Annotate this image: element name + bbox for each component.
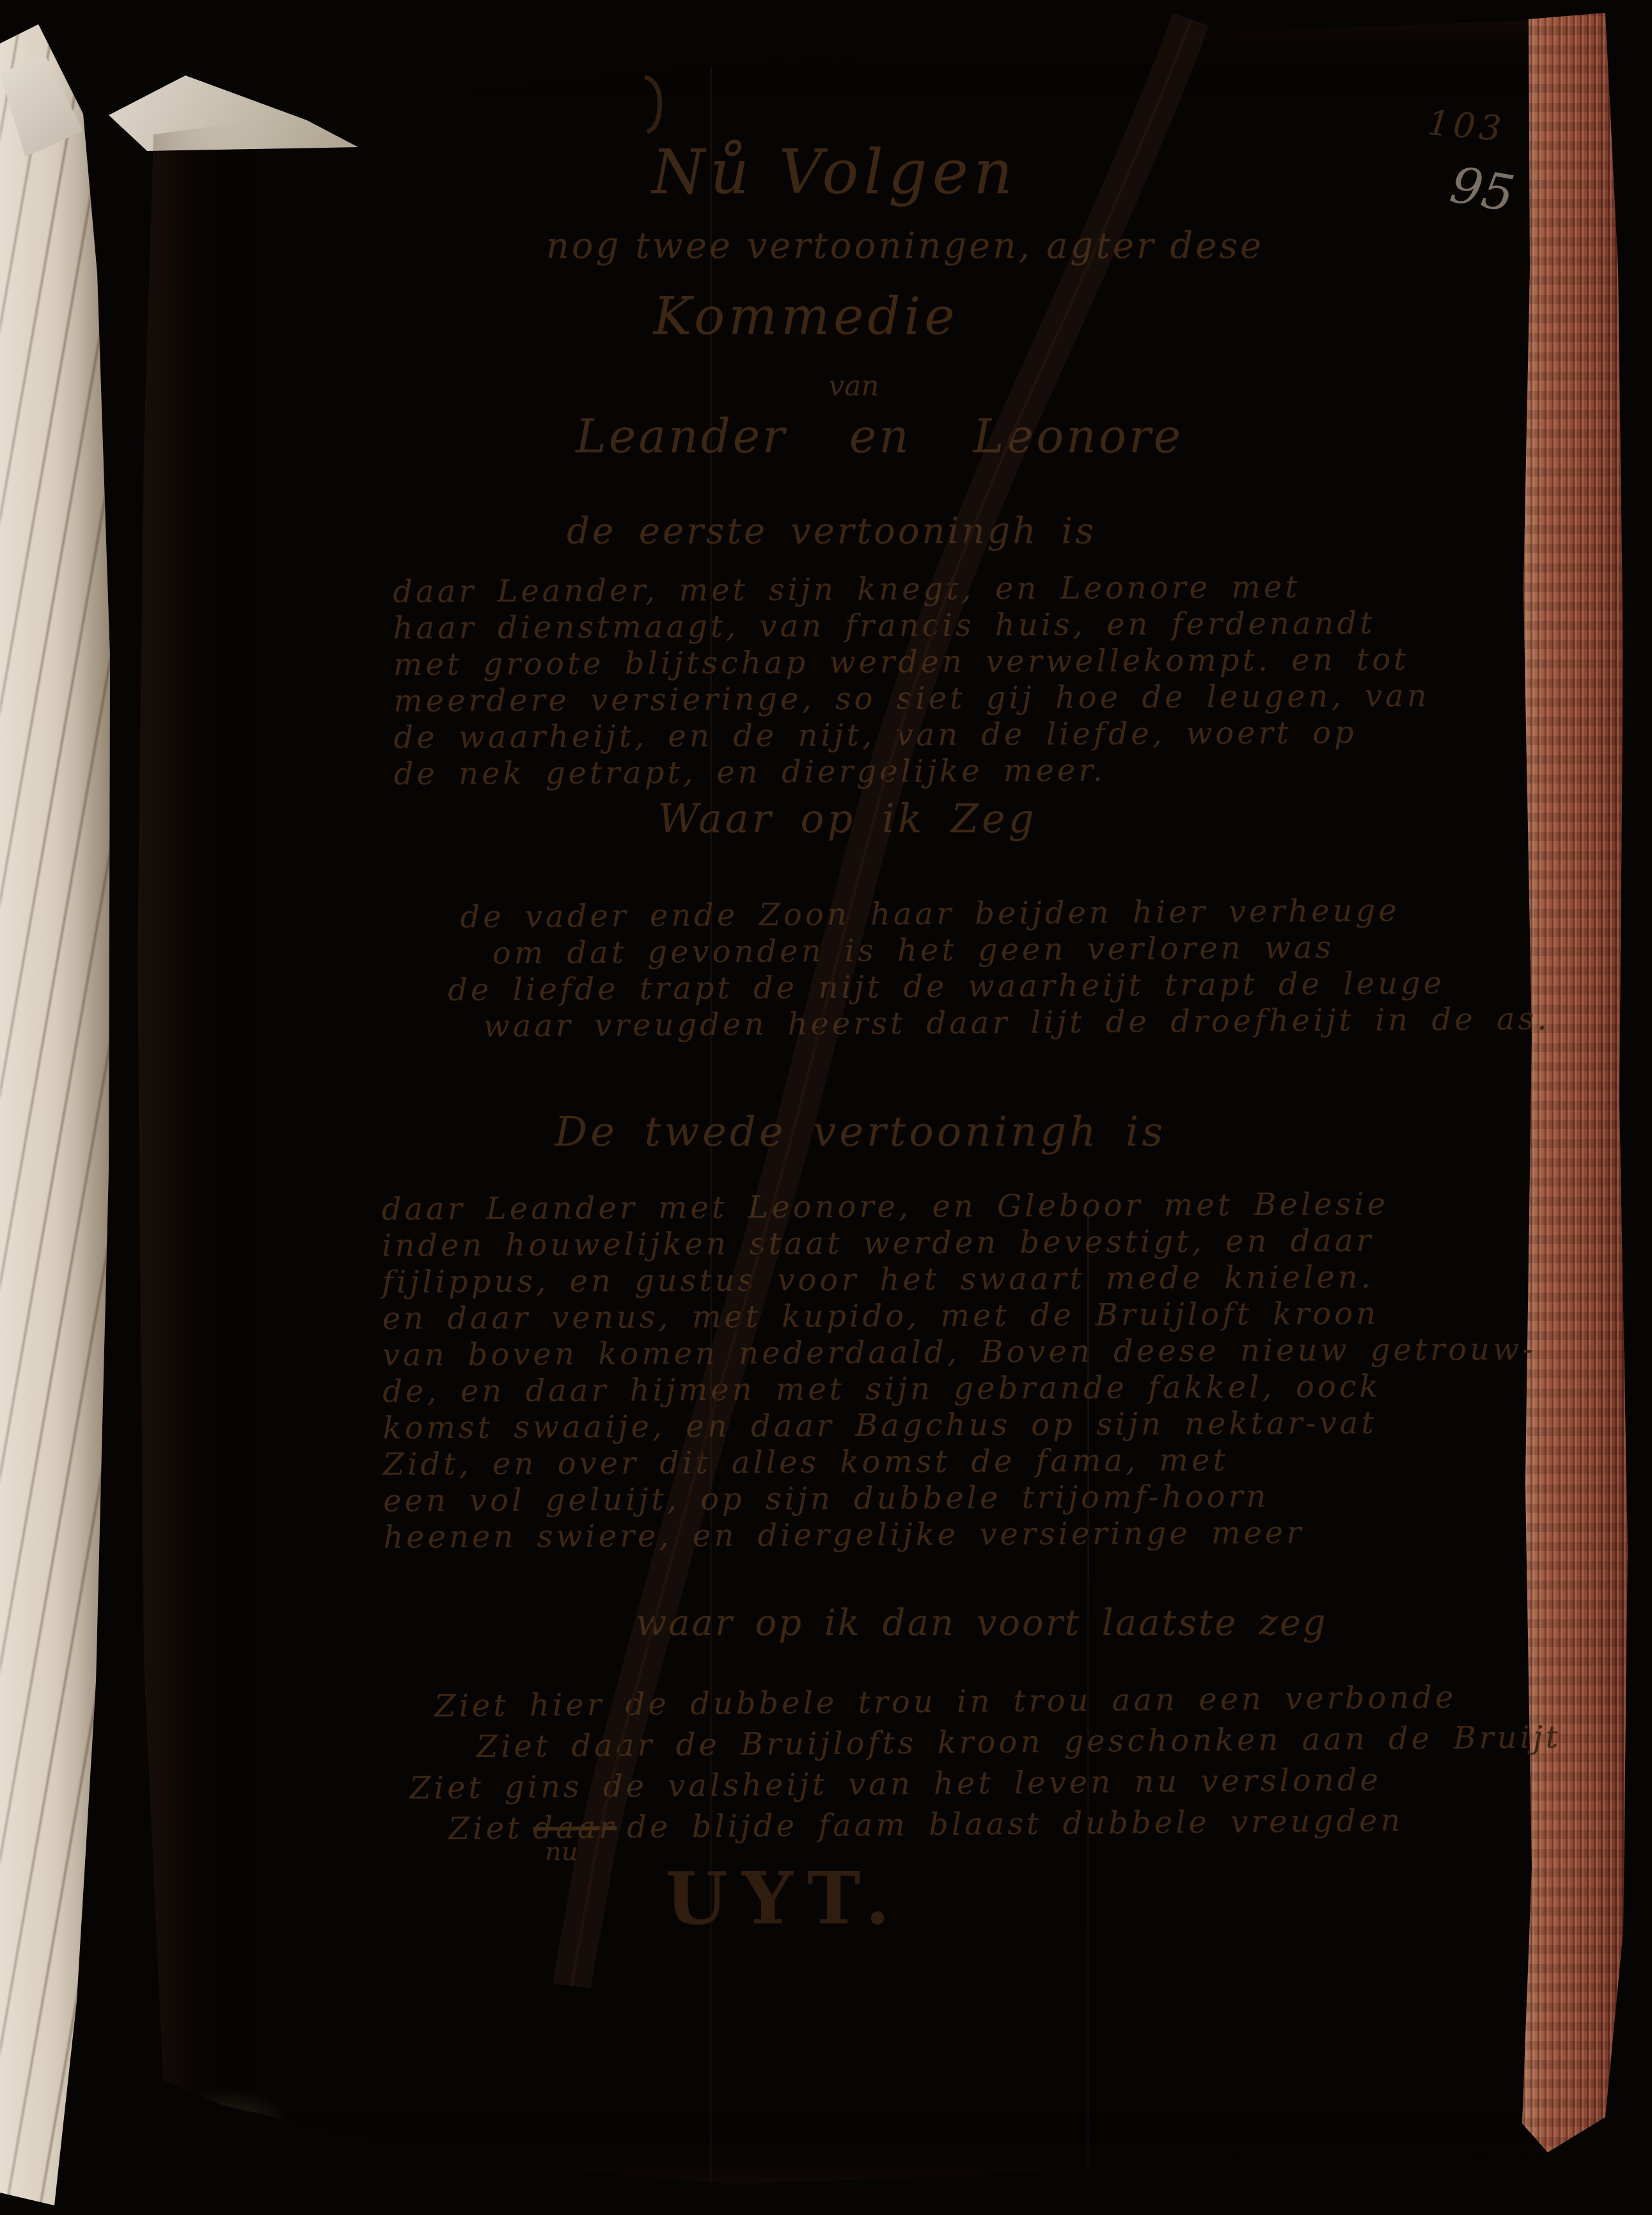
facing-page-edge (0, 18, 138, 2215)
manuscript-line: de, en daar hijmen met sijn gebrande fak… (382, 1368, 1536, 1410)
title-line: nog twee vertooningen, agter dese (297, 225, 1513, 267)
manuscript-line: daar Leander, met sijn knegt, en Leonore… (393, 569, 1429, 610)
title-line: Nů Volgen (227, 138, 1442, 208)
paragraph-second-showing: daar Leander met Leonore, en Gleboor met… (382, 1185, 1537, 1556)
finis-word: UYT. (665, 1857, 904, 1941)
section-heading: De twede vertooningh is (253, 1108, 1468, 1156)
manuscript-line: meerdere versieringe, so siet gij hoe de… (393, 678, 1430, 720)
facing-page-shading (0, 18, 138, 2215)
manuscript-line: heenen swiere, en diergelijke versiering… (383, 1513, 1537, 1556)
verse-line: de vader ende Zoon haar beijden hier ver… (460, 892, 1549, 936)
verse-second: Ziet hier de dubbele trou in trou aan ee… (409, 1676, 1562, 1850)
manuscript-line: inden houwelijken staat werden bevestigt… (382, 1222, 1536, 1264)
section-heading: waar op ik dan voort laatste zeg (374, 1602, 1589, 1644)
manuscript-line: de waarheijt, en de nijt, van de liefde,… (393, 714, 1430, 756)
manuscript-line: een vol geluijt, op sijn dubbele trijomf… (383, 1477, 1537, 1519)
manuscript-line: daar Leander met Leonore, en Gleboor met… (382, 1185, 1536, 1227)
verse-words: de blijde faam blaast dubbele vreugden (627, 1802, 1403, 1845)
manuscript-line: en daar venus, met kupido, met de Bruijl… (382, 1295, 1536, 1337)
verse-word: Ziet (448, 1810, 523, 1847)
title-line: Kommedie (198, 287, 1413, 346)
paragraph-first-showing: daar Leander, met sijn knegt, en Leonore… (393, 569, 1430, 792)
gutter-shadow (131, 2069, 323, 2203)
manuscript-line: haar dienstmaagt, van francis huis, en f… (393, 605, 1429, 647)
verse-line: waar vreugden heerst daar lijt de droefh… (483, 1001, 1550, 1045)
title-line: van (246, 370, 1461, 402)
manuscript-line: Zidt, en over dit alles komst de fama, m… (383, 1440, 1537, 1483)
section-heading: de eerste vertooningh is (224, 510, 1439, 552)
section-heading: Waar op ik Zeg (240, 795, 1455, 842)
title-line: Leander en Leonore (272, 409, 1487, 463)
manuscript-photo: 103 95 Nů Volgen nog twee vertooningen, … (0, 0, 1652, 2215)
manuscript-line: komst swaaije, en daar Bagchus op sijn n… (382, 1404, 1536, 1446)
manuscript-line: van boven komen nederdaald, Boven deese … (382, 1331, 1536, 1373)
manuscript-line: met groote blijtschap werden verwellekom… (393, 642, 1430, 683)
manuscript-line: de nek getrapt, en diergelijke meer. (394, 751, 1431, 792)
page-number-pencil: 95 (1446, 156, 1518, 224)
manuscript-line: fijlippus, en gustus voor het swaart med… (382, 1258, 1536, 1300)
inserted-correction: nu (545, 1837, 578, 1866)
verse-first: de vader ende Zoon haar beijden hier ver… (447, 892, 1550, 1045)
